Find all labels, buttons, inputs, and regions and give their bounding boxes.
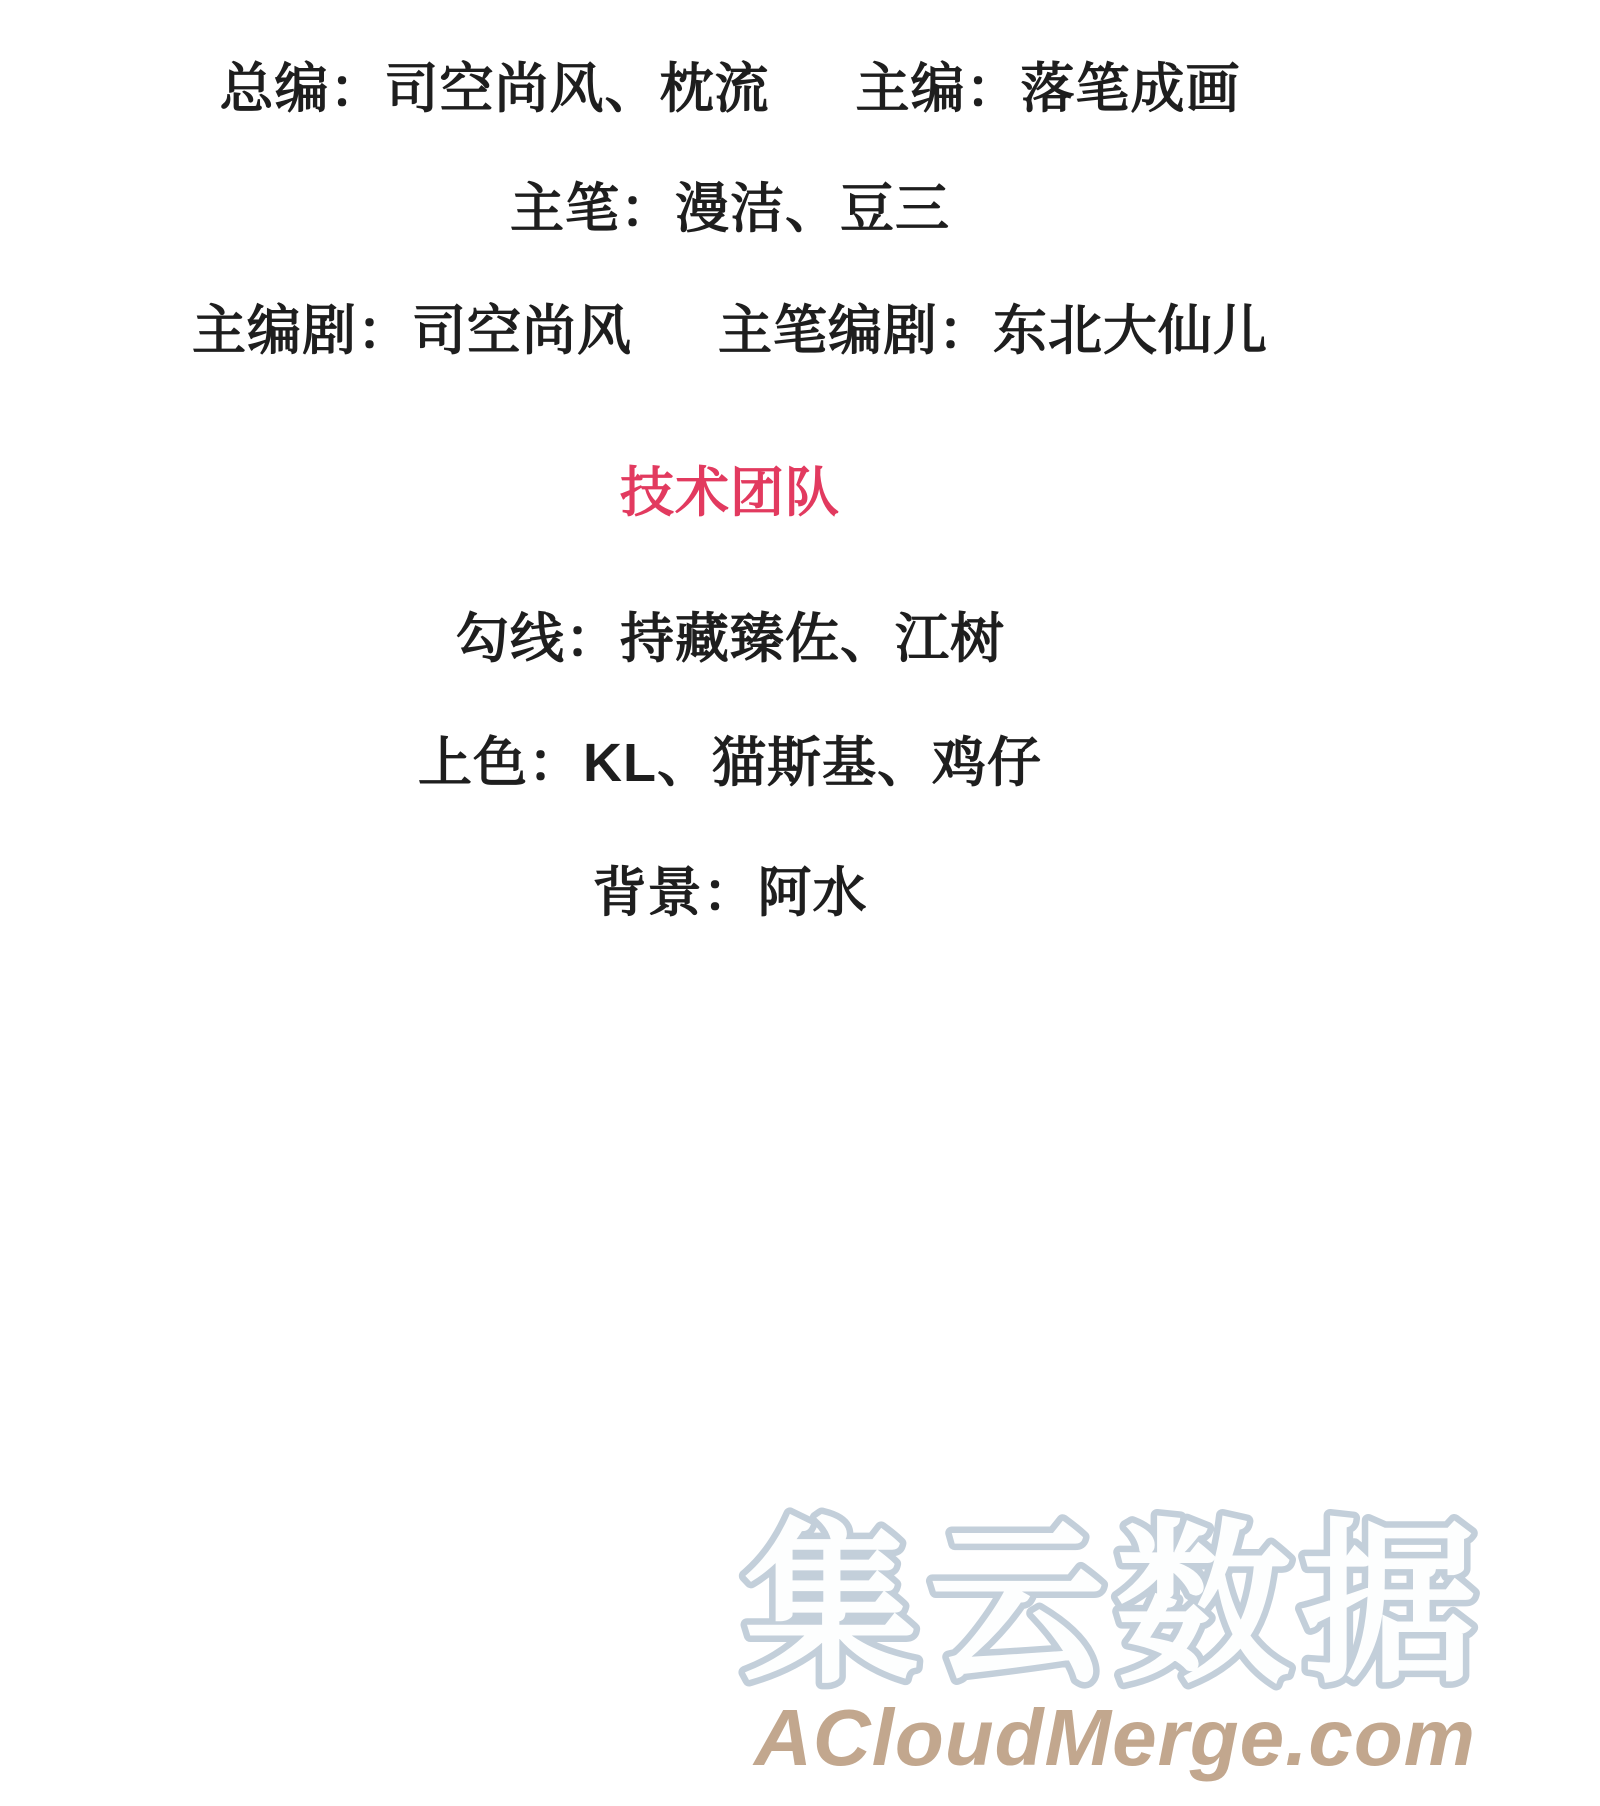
coloring-credit: 上色：KL、猫斯基、鸡仔: [418, 732, 1042, 794]
credit-line-background: 背景：阿水: [0, 862, 1460, 924]
credit-line-writers: 主编剧：司空尚风 主笔编剧：东北大仙儿: [0, 300, 1460, 362]
chief-writer-credit: 主编剧：司空尚风: [192, 300, 632, 362]
section-title-tech-team: 技术团队: [0, 462, 1460, 524]
background-credit: 背景：阿水: [593, 862, 868, 924]
credit-line-coloring: 上色：KL、猫斯基、鸡仔: [0, 732, 1460, 794]
watermark-site-url-text: ACloudMerge.com: [690, 1692, 1540, 1784]
credit-line-artist: 主笔：漫洁、豆三: [0, 178, 1460, 240]
comic-credits-page: 总编：司空尚风、枕流 主编：落笔成画 主笔：漫洁、豆三 主编剧：司空尚风 主笔编…: [0, 0, 1600, 1806]
watermark-block: 集云数据 ACloudMerge.com: [690, 1496, 1540, 1784]
lead-artist-credit: 主笔：漫洁、豆三: [510, 178, 950, 240]
lead-writer-credit: 主笔编剧：东北大仙儿: [718, 300, 1268, 362]
credit-line-editors: 总编：司空尚风、枕流 主编：落笔成画: [0, 58, 1460, 120]
watermark-logo-graphic: 集云数据: [690, 1496, 1540, 1708]
chief-editor-credit: 总编：司空尚风、枕流: [219, 58, 769, 120]
credits-block: 总编：司空尚风、枕流 主编：落笔成画 主笔：漫洁、豆三 主编剧：司空尚风 主笔编…: [0, 0, 1460, 1000]
lineart-credit: 勾线：持藏臻佐、江树: [455, 608, 1005, 670]
main-editor-credit: 主编：落笔成画: [856, 58, 1241, 120]
credit-line-lineart: 勾线：持藏臻佐、江树: [0, 608, 1460, 670]
section-title-text: 技术团队: [620, 462, 840, 524]
watermark-logo-text: 集云数据: [743, 1508, 1487, 1704]
